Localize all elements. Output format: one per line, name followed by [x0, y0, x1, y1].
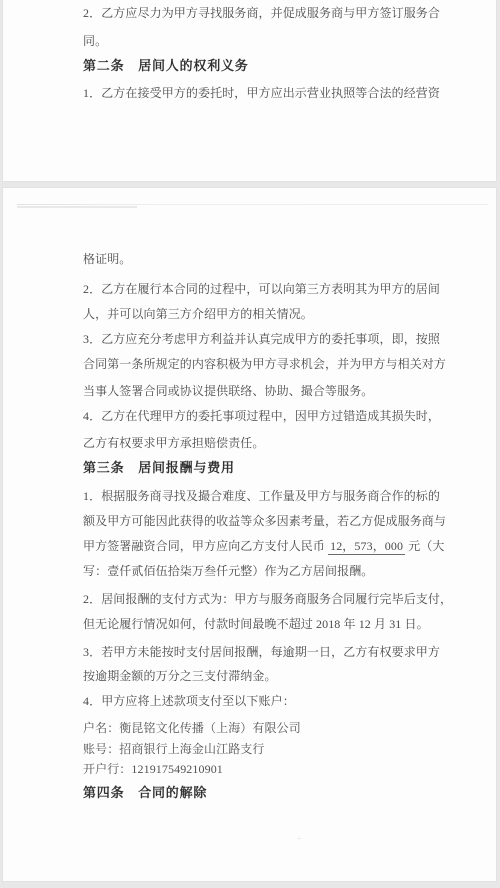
contract-page-1: 2．乙方应尽力为甲方寻找服务商，并促成服务商与甲方签订服务合同。第二条 居间人的… [2, 0, 497, 182]
text-line: 写：壹仟贰佰伍拾柒万叁仟元整）作为乙方居间报酬。 [83, 564, 373, 578]
text-line: 2．乙方在履行本合同的过程中，可以向第三方表明其为甲方的居间 [83, 282, 440, 296]
scan-artifact-line [17, 204, 488, 205]
text-line: 同。 [83, 34, 107, 48]
amount-underlined: 12，573，000 [328, 539, 405, 555]
contract-page-2: + 格证明。2．乙方在履行本合同的过程中，可以向第三方表明其为甲方的居间人，并可… [2, 187, 497, 882]
text-line: 当事人签署合同或协议提供联络、协助、撮合等服务。 [83, 384, 373, 398]
scan-artifact-line-dark [17, 206, 137, 208]
text-line: 账号：招商银行上海金山江路支行 [83, 742, 265, 756]
text-line: 按逾期金额的万分之三支付滞纳金。 [83, 669, 277, 683]
text-line: 2．乙方应尽力为甲方寻找服务商，并促成服务商与甲方签订服务合 [83, 6, 440, 20]
text-line: 4．甲方应将上述款项支付至以下账户： [83, 694, 295, 708]
text-line: 额及甲方可能因此获得的收益等众多因素考量，若乙方促成服务商与 [83, 514, 446, 528]
text-line: 开户行：121917549210901 [83, 762, 223, 776]
text-line: 1．根据服务商寻找及撮合难度、工作量及甲方与服务商合作的标的 [83, 489, 440, 503]
text-line: 4．乙方在代理甲方的委托事项过程中，因甲方过错造成其损失时， [83, 409, 440, 423]
text-line: 1．乙方在接受甲方的委托时，甲方应出示营业执照等合法的经营资 [83, 86, 440, 100]
text-line: 但无论履行情况如何，付款时间最晚不超过 2018 年 12 月 31 日。 [83, 617, 429, 631]
scan-artifact-plus: + [296, 833, 302, 845]
text-line: 3．若甲方未能按时支付居间报酬，每逾期一日，乙方有权要求甲方 [83, 645, 440, 659]
text-line: 2．居间报酬的支付方式为：甲方与服务商服务合同履行完毕后支付， [83, 592, 452, 606]
text-line: 人，并可以向第三方介绍甲方的相关情况。 [83, 307, 313, 321]
contract-screenshot: 2．乙方应尽力为甲方寻找服务商，并促成服务商与甲方签订服务合同。第二条 居间人的… [0, 0, 500, 888]
text-segment: 甲方签署融资合同，甲方应向乙方支付人民币 [83, 539, 328, 553]
text-segment: 元（大 [405, 539, 444, 553]
section-heading: 第三条 居间报酬与费用 [83, 461, 235, 475]
text-line: 甲方签署融资合同，甲方应向乙方支付人民币 12，573，000 元（大 [83, 539, 445, 553]
text-line: 格证明。 [83, 252, 131, 266]
section-heading: 第四条 合同的解除 [83, 786, 207, 800]
text-line: 合同第一条所规定的内容积极为甲方寻求机会，并为甲方与相关对方 [83, 357, 446, 371]
text-line: 户名：衡昆铭文化传播（上海）有限公司 [83, 721, 301, 735]
section-heading: 第二条 居间人的权利义务 [83, 59, 249, 73]
text-line: 乙方有权要求甲方承担赔偿责任。 [83, 436, 265, 450]
text-line: 3．乙方应充分考虑甲方利益并认真完成甲方的委托事项，即，按照 [83, 332, 440, 346]
